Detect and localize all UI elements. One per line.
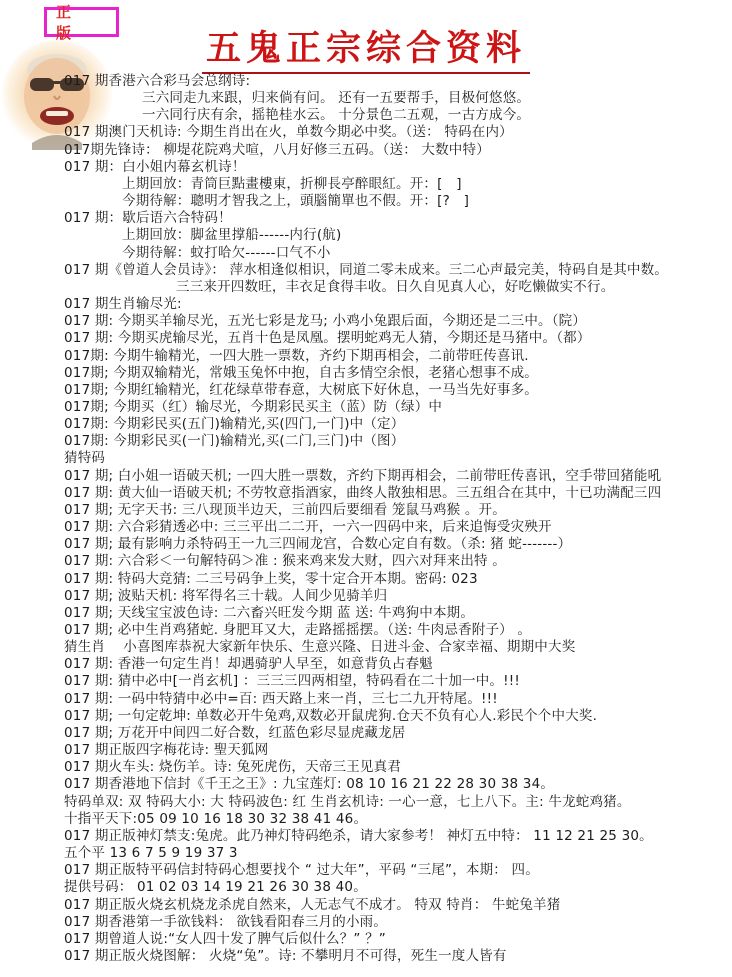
text-line: 017 期正版火烧玄机烧龙杀虎自然来，人无志气不成才。 特双 特肖： 牛蛇兔羊猪	[64, 897, 728, 914]
text-line: 017 期香港地下信封《千王之王》: 九宝莲灯: 08 10 16 21 22 …	[64, 776, 728, 793]
text-line: 017 期; 一句定乾坤: 单数必开牛兔鸡,双数必开鼠虎狗.仓天不负有心人.彩民…	[64, 708, 728, 725]
text-line: 017 期; 波贴天机: 将军得名三十载。人间少见骑羊归	[64, 588, 728, 605]
text-line: 三三来开四数旺，丰衣足食得丰收。日久自见真人心，好吃懒做实不行。	[64, 279, 728, 296]
text-line: 017 期: 黄大仙一语破天机; 不劳牧意指酒家，曲终人散独相思。三五组合在其中…	[64, 485, 728, 502]
text-line: 017 期: 今期买羊输尽光，五光七彩是龙马; 小鸡小兔跟后面，今期还是二三中。…	[64, 313, 728, 330]
page: 正 版 五鬼正宗综合资料 017 期香港六合彩马会总纲诗:三六同走九来跟	[0, 0, 732, 977]
text-line: 017 期: 今期买虎输尽光，五肖十色是凤凰。摆明蛇鸡无人猜，今期还是马猪中。（…	[64, 330, 728, 347]
text-line: 017 期正版神灯禁支:兔虎。此乃神灯特码绝杀，请大家参考！ 神灯五中特： 11…	[64, 828, 728, 845]
text-line: 017 期香港六合彩马会总纲诗:	[64, 73, 728, 90]
text-line: 017 期: 猜中必中[一肖玄机] ：三三三四两相望，特码看在二十加一中。!!!	[64, 673, 728, 690]
text-line: 017 期: 六合彩＜一句解特码＞准 : 猴来鸡来发大财，四六对拜来出特 。	[64, 553, 728, 570]
text-line: 提供号码： 01 02 03 14 19 21 26 30 38 40。	[64, 879, 728, 896]
text-line: 今期待解：聰明才智我之上，頭腦簡單也不假。开：[? ]	[64, 193, 728, 210]
text-line: 017 期生肖输尽光:	[64, 296, 728, 313]
text-line: 017期; 今期买（红）输尽光，今期彩民买主（蓝）防（绿）中	[64, 399, 728, 416]
text-line: 017 期正版特平码信封特码心想要找个 “ 过大年”，平码 “三尾”，本期： 四…	[64, 862, 728, 879]
text-line: 017 期; 万花开中间四二好合数，红蓝色彩尽显虎藏龙居	[64, 725, 728, 742]
text-line: 017 期; 最有影响力杀特码王一九三四闹龙宫，合数心定自有数。（杀: 猪 蛇-…	[64, 536, 728, 553]
text-line: 017 期; 天线宝宝波色诗: 二六畜兴旺发今期 蓝 送: 牛鸡狗中本期。	[64, 605, 728, 622]
page-title: 五鬼正宗综合资料	[202, 30, 530, 74]
text-line: 017期先锋诗： 柳堤花院鸡犬喧，八月好修三五码。（送： 大数中特）	[64, 142, 728, 159]
text-line: 017 期：白小姐内幕玄机诗！	[64, 159, 728, 176]
text-line: 017 期曾道人说:“女人四十发了脾气后似什么？” ？”	[64, 931, 728, 948]
text-line: 017 期澳门天机诗: 今期生肖出在火，单数今期必中奖。（送： 特码在内）	[64, 124, 728, 141]
text-line: 017 期《曾道人会员诗》： 萍水相逢似相识，同道二零未成来。三二心声最完美，特…	[64, 262, 728, 279]
text-line: 017 期: 六合彩猜透必中: 三三平出二二开，一六一四码中来，后来追悔受灾殃开	[64, 519, 728, 536]
text-line: 三六同走九来跟，归来倘有问。 还有一五要帮手，目极何悠悠。	[64, 90, 728, 107]
text-line: 017 期：歇后语六合特码！	[64, 210, 728, 227]
text-line: 017 期正版四字梅花诗: 聖天狐网	[64, 742, 728, 759]
text-line: 017 期: 香港一句定生肖！却遇骑驴人早至，如意背负占春魁	[64, 656, 728, 673]
text-line: 017 期; 无字天书: 三八现顶半边天，三前四后要细看 笼鼠马鸡猴 。开。	[64, 502, 728, 519]
text-line: 017期; 今期红输精光，红花绿草带春意，大树底下好休息，一马当先好事多。	[64, 382, 728, 399]
authentic-stamp-label: 正 版	[56, 1, 116, 43]
text-line: 017 期香港第一手欲钱料： 欲钱看阳春三月的小雨。	[64, 914, 728, 931]
text-line: 上期回放：青筒巨點畫樓東，折柳長亭醉眼紅。开：[ ]	[64, 176, 728, 193]
text-line: 十指平天下:05 09 10 16 18 30 32 38 41 46。	[64, 811, 728, 828]
authentic-stamp: 正 版	[44, 7, 119, 37]
text-line: 017期; 今期双输精光，常娥玉兔怀中抱，自古多情空余恨，老猪心想事不成。	[64, 365, 728, 382]
text-line: 今期待解：蚊打哈欠------口气不小	[64, 245, 728, 262]
text-line: 猜特码	[64, 450, 728, 467]
text-line: 一六同行庆有余，摇艳桂水云。 十分景色二五观，一古方成今。	[64, 107, 728, 124]
text-line: 特码单双: 双 特码大小: 大 特码波色: 红 生肖玄机诗: 一心一意，七上八下…	[64, 794, 728, 811]
text-line: 017 期: 特码大竞猜: 二三号码争上奖，零十定合开本期。密码: 023	[64, 571, 728, 588]
text-line: 017 期; 必中生肖鸡猪蛇. 身肥耳又大，走路摇摇摆。（送: 牛肉忌香附子） …	[64, 622, 728, 639]
text-line: 上期回放：脚盆里撑船------内行(航)	[64, 227, 728, 244]
text-line: 017 期; 白小姐一语破天机; 一四大胜一票数，齐约下期再相会，二前带旺传喜讯…	[64, 468, 728, 485]
text-line: 017期: 今期牛输精光，一四大胜一票数，齐约下期再相会，二前带旺传喜讯.	[64, 348, 728, 365]
text-line: 猜生肖 小喜图库恭祝大家新年快乐、生意兴隆、日进斗金、合家幸福、期期中大奖	[64, 639, 728, 656]
text-line: 五个平 13 6 7 5 9 19 37 3	[64, 845, 728, 862]
text-line: 017期: 今期彩民买(五门)输精光,买(四门,一门)中（定）	[64, 416, 728, 433]
text-line: 017 期: 一码中特猜中必中=百: 西天路上来一肖，三七二九开特尾。!!!	[64, 691, 728, 708]
content-lines: 017 期香港六合彩马会总纲诗:三六同走九来跟，归来倘有问。 还有一五要帮手，目…	[64, 73, 728, 965]
text-line: 017 期火车头: 烧伤羊。诗: 兔死虎伤，天帝三王见真君	[64, 759, 728, 776]
text-line: 017 期正版火烧图解： 火烧“兔”。诗: 不攀明月不可得，死生一度人皆有	[64, 948, 728, 965]
text-line: 017期: 今期彩民买(一门)输精光,买(二门,三门)中（图）	[64, 433, 728, 450]
